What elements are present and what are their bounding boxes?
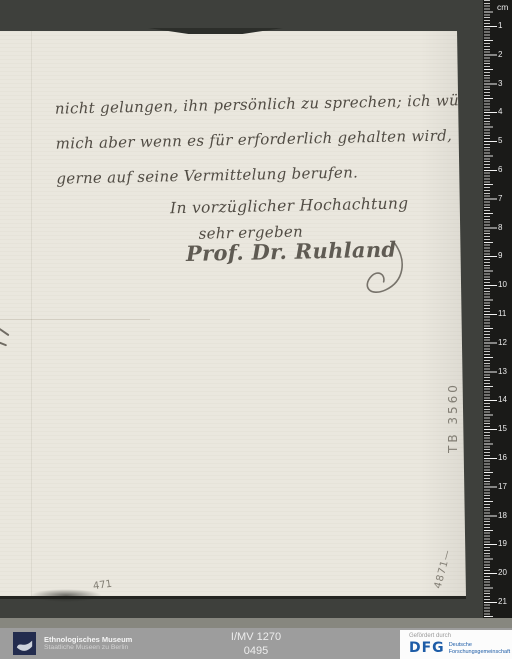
ruler-number: 11 [498, 309, 512, 318]
ruler-number: 1 [498, 21, 512, 30]
ruler-number: 7 [498, 194, 512, 203]
handwritten-line-3: gerne auf seine Vermittelung berufen. [56, 163, 358, 187]
ruler-number: 2 [498, 50, 512, 59]
ruler-number: 16 [498, 453, 512, 462]
funder-block: Gefördert durch DFG Deutsche Forschungsg… [400, 630, 512, 659]
funder-name: Deutsche Forschungsgemeinschaft [449, 642, 510, 655]
funder-name-line-2: Forschungsgemeinschaft [449, 649, 510, 656]
ruler-number: 9 [498, 251, 512, 260]
ruler-number: 15 [498, 424, 512, 433]
ruler-number: 17 [498, 482, 512, 491]
ruler-number: 19 [498, 539, 512, 548]
ruler-number: 5 [498, 136, 512, 145]
dfg-logo: DFG Deutsche Forschungsgemeinschaft [409, 641, 512, 656]
footer-bar: Ethnologisches Museum Staatliche Museen … [0, 628, 512, 659]
dfg-acronym: DFG [409, 641, 445, 656]
handwritten-line-2: mich aber wenn es für erforderlich gehal… [55, 126, 452, 152]
ruler-number: 21 [498, 597, 512, 606]
ruler-number: 20 [498, 568, 512, 577]
pencil-note-vertical: TB 3560 [446, 335, 460, 453]
letter-page: nicht gelungen, ihn persönlich zu sprech… [0, 31, 467, 597]
ruler-number: 3 [498, 79, 512, 88]
ruler-number: 6 [498, 165, 512, 174]
ruler-number: 12 [498, 338, 512, 347]
letter-text-block: nicht gelungen, ihn persönlich zu sprech… [0, 22, 477, 598]
handwritten-line-1: nicht gelungen, ihn persönlich zu sprech… [55, 91, 486, 118]
scan-bed-strip [0, 618, 512, 628]
signature-flourish [355, 241, 408, 302]
ruler-number: 10 [498, 280, 512, 289]
funding-label: Gefördert durch [409, 633, 512, 640]
ruler-number: 4 [498, 107, 512, 116]
ruler-number: 8 [498, 223, 512, 232]
ruler-number: 14 [498, 395, 512, 404]
paper-corner-shadow [30, 589, 102, 602]
closing-line: In vorzüglicher Hochachtung [170, 194, 409, 217]
ruler-number: 13 [498, 367, 512, 376]
ruler-number: 18 [498, 511, 512, 520]
ruler-numbers: 12345678910111213141516171819202122 [483, 0, 512, 659]
measurement-ruler: cm 12345678910111213141516171819202122 [483, 0, 512, 659]
scan-viewport: nicht gelungen, ihn persönlich zu sprech… [0, 0, 512, 659]
